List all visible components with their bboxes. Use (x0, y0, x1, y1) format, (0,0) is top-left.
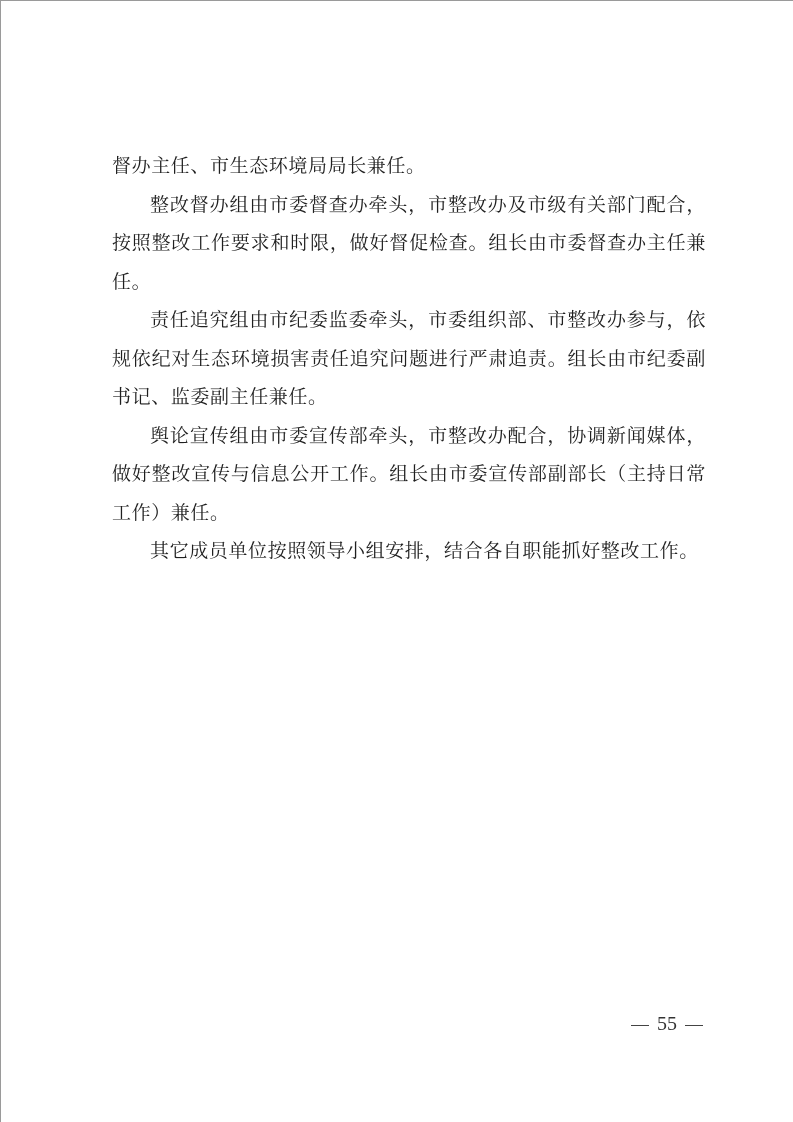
paragraph-other-members: 其它成员单位按照领导小组安排，结合各自职能抓好整改工作。 (112, 532, 706, 571)
paragraph-continuation: 督办主任、市生态环境局局长兼任。 (112, 147, 706, 186)
paragraph-publicity-group: 舆论宣传组由市委宣传部牵头，市整改办配合，协调新闻媒体，做好整改宣传与信息公开工… (112, 417, 706, 533)
dash-left-decoration (631, 1025, 649, 1026)
paragraph-accountability-group: 责任追究组由市纪委监委牵头，市委组织部、市整改办参与，依规依纪对生态环境损害责任… (112, 301, 706, 417)
paragraph-supervision-group: 整改督办组由市委督查办牵头，市整改办及市级有关部门配合，按照整改工作要求和时限，… (112, 186, 706, 302)
body-text: 督办主任、市生态环境局局长兼任。 整改督办组由市委督查办牵头，市整改办及市级有关… (112, 147, 706, 571)
page-number-value: 55 (657, 1013, 677, 1035)
document-page: 督办主任、市生态环境局局长兼任。 整改督办组由市委督查办牵头，市整改办及市级有关… (0, 0, 793, 1122)
dash-right-decoration (685, 1025, 703, 1026)
page-number: 55 (623, 1013, 711, 1036)
